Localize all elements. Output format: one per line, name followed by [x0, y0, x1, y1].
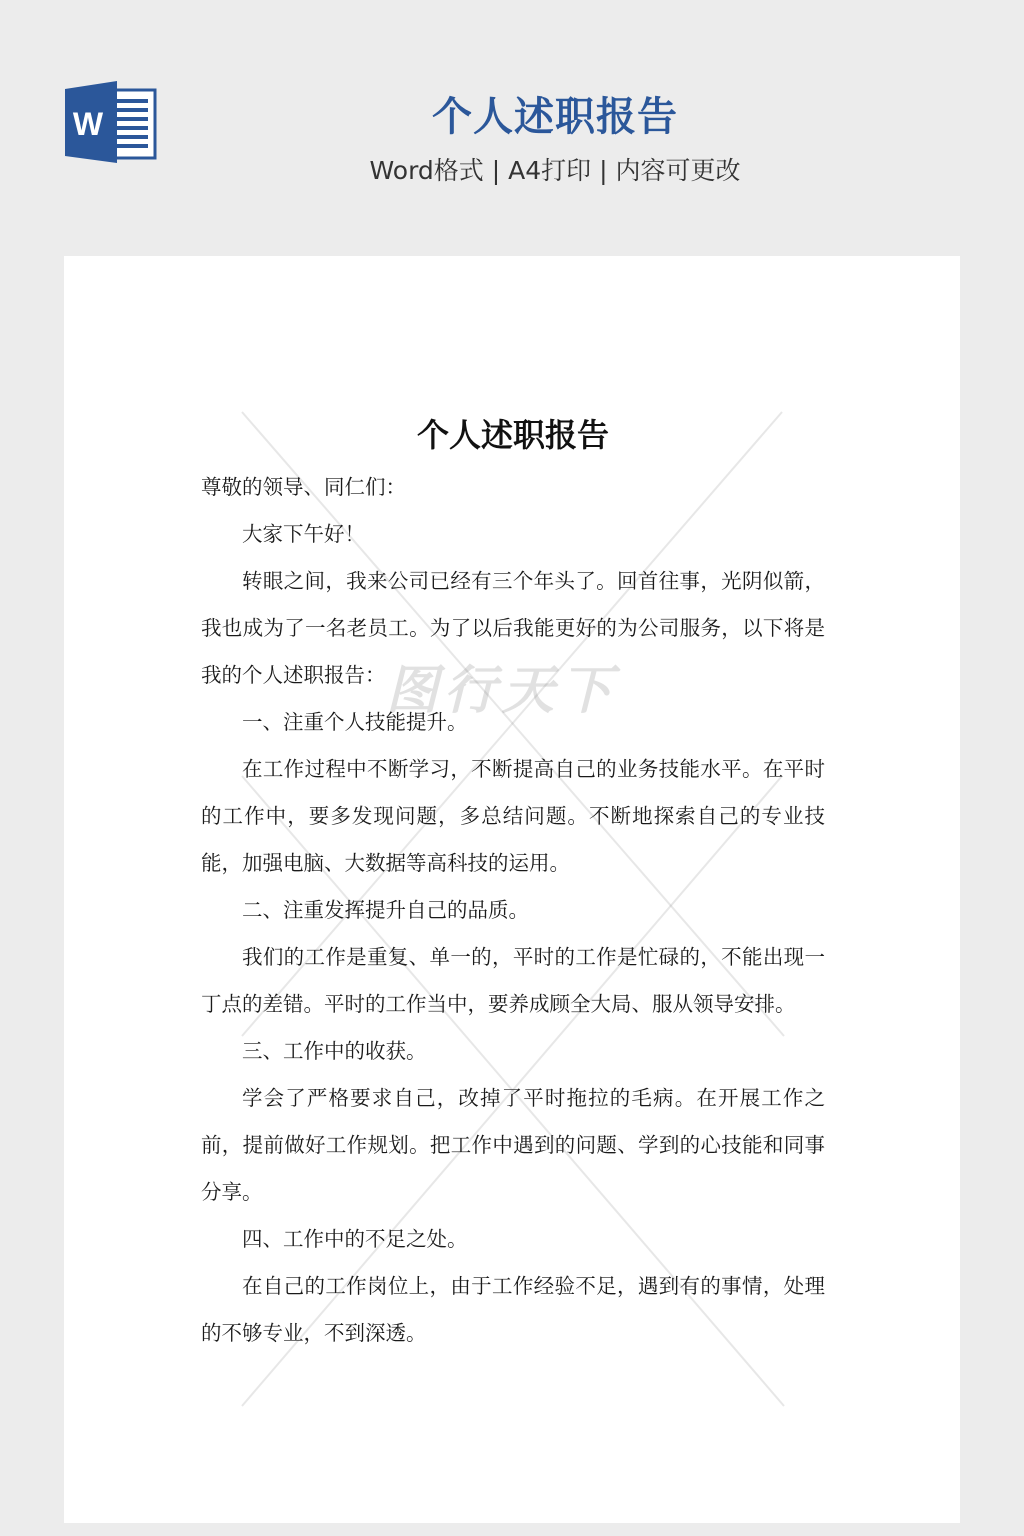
- paragraph-section-3: 学会了严格要求自己，改掉了平时拖拉的毛病。在开展工作之前，提前做好工作规划。把工…: [201, 1075, 825, 1216]
- header-banner: W 个人述职报告 Word格式 | A4打印 | 内容可更改: [0, 0, 1024, 256]
- document-body: 个人述职报告 尊敬的领导、同仁们： 大家下午好！ 转眼之间，我来公司已经有三个年…: [201, 412, 825, 1357]
- paragraph-salutation: 尊敬的领导、同仁们：: [201, 464, 825, 511]
- paragraph-section-2: 我们的工作是重复、单一的，平时的工作是忙碌的，不能出现一丁点的差错。平时的工作当…: [201, 934, 825, 1028]
- document-title: 个人述职报告: [201, 412, 825, 458]
- document-page: 图行天下 个人述职报告 尊敬的领导、同仁们： 大家下午好！ 转眼之间，我来公司已…: [64, 256, 960, 1523]
- section-heading-1: 一、注重个人技能提升。: [201, 699, 825, 746]
- paragraph-intro: 转眼之间，我来公司已经有三个年头了。回首往事，光阴似箭，我也成为了一名老员工。为…: [201, 558, 825, 699]
- svg-text:W: W: [73, 106, 104, 142]
- section-heading-2: 二、注重发挥提升自己的品质。: [201, 887, 825, 934]
- header-title: 个人述职报告: [330, 92, 780, 142]
- paragraph-section-4: 在自己的工作岗位上，由于工作经验不足，遇到有的事情，处理的不够专业，不到深透。: [201, 1263, 825, 1357]
- paragraph-section-1: 在工作过程中不断学习，不断提高自己的业务技能水平。在平时的工作中，要多发现问题，…: [201, 746, 825, 887]
- header-subtitle: Word格式 | A4打印 | 内容可更改: [330, 154, 780, 188]
- section-heading-3: 三、工作中的收获。: [201, 1028, 825, 1075]
- section-heading-4: 四、工作中的不足之处。: [201, 1216, 825, 1263]
- word-document-icon: W: [65, 81, 157, 163]
- paragraph-greeting: 大家下午好！: [201, 511, 825, 558]
